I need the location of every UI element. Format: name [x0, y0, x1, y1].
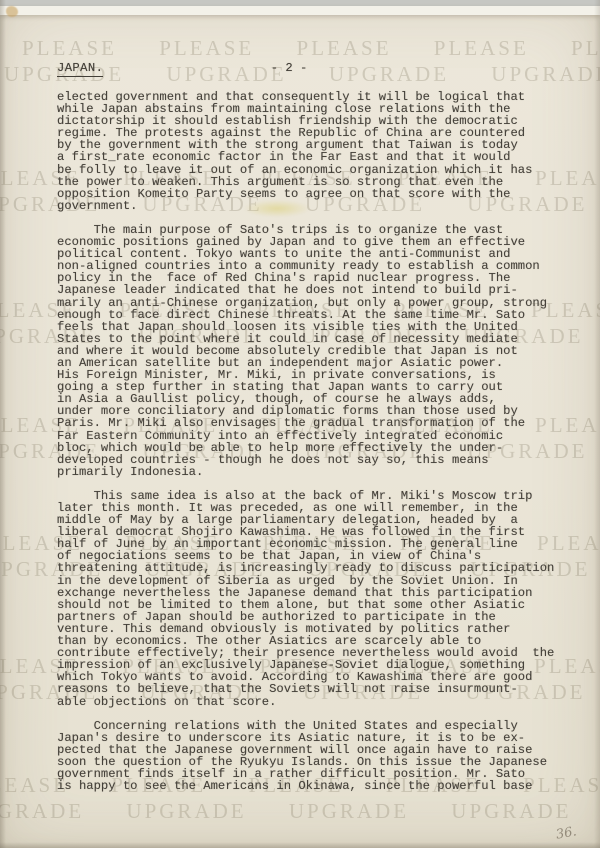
paragraph: Concerning relations with the United Sta…	[57, 720, 554, 793]
corner-stain	[6, 6, 18, 17]
paragraph: The main purpose of Sato's trips is to o…	[57, 224, 554, 478]
paper-top-edge	[0, 6, 600, 15]
watermark-text: UPGRADE UPGRADE UPGRADE UPGRADE UPGRADE …	[0, 799, 600, 824]
left-edge-shadow	[0, 0, 6, 848]
page-number: - 2 -	[0, 61, 578, 75]
right-edge-shadow	[594, 0, 600, 848]
bottom-edge-shadow	[0, 842, 600, 848]
watermark-text: PLEASE PLEASE PLEASE PLEASE PLEASE PLEAS…	[22, 36, 600, 61]
paragraph: elected government and that consequently…	[57, 91, 554, 212]
scanned-document-page: PLEASE PLEASE PLEASE PLEASE PLEASE PLEAS…	[0, 0, 600, 848]
document-text: elected government and that consequently…	[57, 91, 554, 792]
paragraph: This same idea is also at the back of Mr…	[57, 490, 554, 708]
